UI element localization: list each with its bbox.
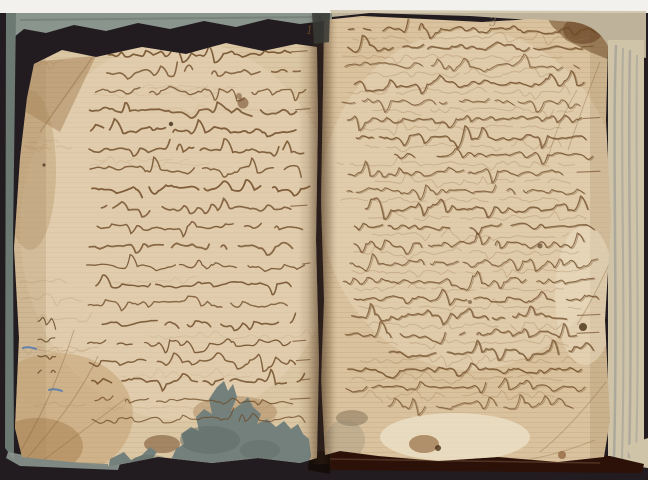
- folio-number-left: 1: [306, 24, 313, 37]
- worm-hole: [169, 122, 173, 126]
- underpage-fore-edge: [608, 40, 644, 462]
- fore-edge-streak: [622, 48, 623, 460]
- manuscript-scene: 1 3: [0, 0, 648, 480]
- fore-edge-streak: [629, 50, 630, 458]
- ink-blotch: [468, 300, 472, 304]
- spine-core-line: [320, 16, 321, 452]
- ink-blotch: [435, 445, 441, 451]
- worm-hole: [42, 163, 45, 166]
- manuscript-scan: 1 3: [0, 0, 648, 480]
- brown-blotch-bottom: [409, 435, 439, 453]
- pale-stain-bottom: [380, 413, 530, 461]
- ink-blotch: [579, 323, 587, 331]
- fore-edge-streak: [614, 45, 616, 458]
- fore-edge-streak: [636, 55, 638, 455]
- tear-mottle: [180, 426, 240, 454]
- tear-mottle: [240, 440, 280, 460]
- folio-number-right: 3: [489, 15, 497, 29]
- spine-top-notch: [312, 13, 330, 44]
